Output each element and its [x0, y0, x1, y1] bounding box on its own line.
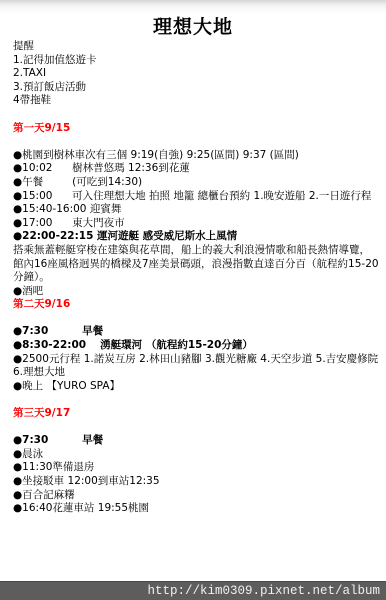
list-item: ●10:02樹林普悠瑪 12:36到花蓮 — [13, 162, 379, 176]
list-item: ●17:00東大門夜市 — [13, 217, 379, 231]
reminder-item: 4帶拖鞋 — [13, 94, 379, 108]
bullet-icon: ● — [13, 190, 22, 202]
bullet-icon: ● — [13, 475, 22, 487]
list-item: ●8:30-22:00湧艇環河 （航程約15-20分鐘） — [13, 339, 379, 353]
bullet-icon: ● — [13, 502, 22, 514]
day-heading-1: 第一天9/15 — [13, 122, 379, 136]
bullet-icon: ● — [13, 353, 22, 365]
page-title: 理想大地 — [0, 12, 386, 39]
bullet-icon: ● — [13, 217, 22, 229]
itinerary-content: 提醒 1.記得加值悠遊卡 2.TAXI 3.預訂飯店活動 4帶拖鞋 第一天9/1… — [13, 40, 379, 516]
list-item: ●15:40-16:00 迎賓舞 — [13, 203, 379, 217]
bullet-icon: ● — [13, 380, 22, 392]
day-heading-3: 第三天9/17 — [13, 407, 379, 421]
bullet-icon: ● — [13, 203, 22, 215]
bullet-icon: ● — [13, 461, 22, 473]
list-item: ●桃園到樹林車次有三個 9:19(自強) 9:25(區間) 9:37 (區間) — [13, 149, 379, 163]
list-item: ●11:30準備退房 — [13, 461, 379, 475]
list-item: ●晨泳 — [13, 448, 379, 462]
list-item: ●15:00可入住理想大地 拍照 地籠 總櫃台預約 1.晚安遊船 2.一日遊行程 — [13, 190, 379, 204]
bullet-icon: ● — [13, 230, 22, 242]
list-item: ●22:00-22:15 運河遊艇 感受威尼斯水上風情 — [13, 230, 379, 244]
list-item: ●坐接駁車 12:00到車站12:35 — [13, 475, 379, 489]
list-item: ●2500元行程 1.諾炭互房 2.林田山豬腳 3.觀光糖廠 4.天空步道 5.… — [13, 353, 379, 380]
list-item: ●7:30早餐 — [13, 325, 379, 339]
list-item: ●晚上 【YURO SPA】 — [13, 380, 379, 394]
list-item: ●酒吧 — [13, 285, 379, 299]
list-item: ●16:40花蓮車站 19:55桃園 — [13, 502, 379, 516]
bullet-icon: ● — [13, 176, 22, 188]
reminder-heading: 提醒 — [13, 40, 379, 54]
day-heading-2: 第二天9/16 — [13, 298, 379, 312]
bullet-icon: ● — [13, 339, 22, 351]
watermark-url: http://kim0309.pixnet.net/album — [147, 584, 380, 598]
watermark-bar: http://kim0309.pixnet.net/album — [0, 581, 386, 600]
bullet-icon: ● — [13, 149, 22, 161]
reminder-item: 2.TAXI — [13, 67, 379, 81]
bullet-icon: ● — [13, 434, 22, 446]
boat-description: 搭乘無蓋輕艇穿梭在建築與花草間，船上的義大利浪漫情歌和船長熱情導覽，館內16座風… — [13, 244, 379, 285]
bullet-icon: ● — [13, 325, 22, 337]
reminder-item: 1.記得加值悠遊卡 — [13, 54, 379, 68]
list-item: ●百合記麻糬 — [13, 489, 379, 503]
bullet-icon: ● — [13, 285, 22, 297]
bullet-icon: ● — [13, 489, 22, 501]
list-item: ●7:30早餐 — [13, 434, 379, 448]
bullet-icon: ● — [13, 162, 22, 174]
reminder-item: 3.預訂飯店活動 — [13, 81, 379, 95]
bullet-icon: ● — [13, 448, 22, 460]
list-item: ●午餐(可吃到14:30) — [13, 176, 379, 190]
